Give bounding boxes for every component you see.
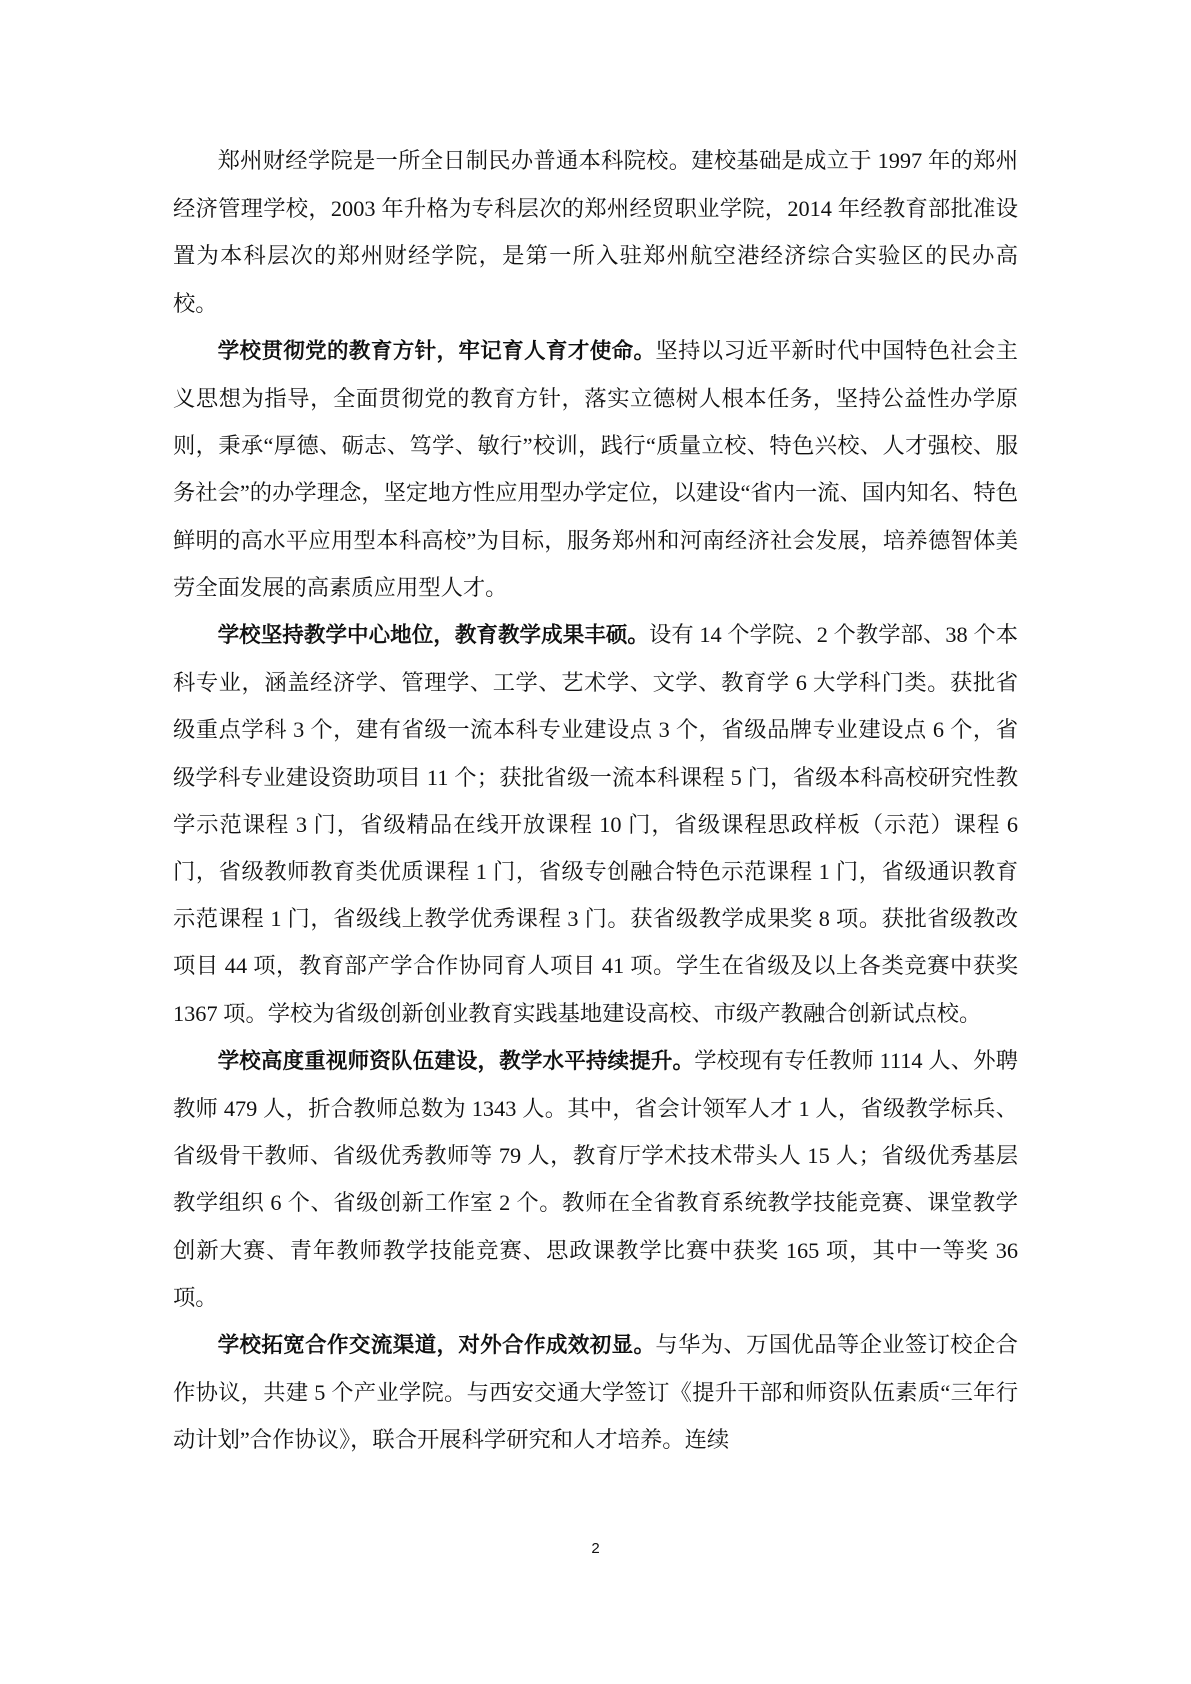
paragraph-lead: 学校坚持教学中心地位，教育教学成果丰硕。 (218, 623, 649, 648)
paragraph-lead: 学校贯彻党的教育方针，牢记育人育才使命。 (218, 339, 656, 364)
paragraph-text: 郑州财经学院是一所全日制民办普通本科院校。建校基础是成立于 1997 年的郑州经… (173, 148, 1018, 316)
paragraph-text: 学校现有专任教师 1114 人、外聘教师 479 人，折合教师总数为 1343 … (173, 1048, 1018, 1310)
paragraph-education-policy: 学校贯彻党的教育方针，牢记育人育才使命。坚持以习近平新时代中国特色社会主义思想为… (173, 327, 1018, 611)
document-body: 郑州财经学院是一所全日制民办普通本科院校。建校基础是成立于 1997 年的郑州经… (173, 137, 1018, 1464)
paragraph-cooperation: 学校拓宽合作交流渠道，对外合作成效初显。与华为、万国优品等企业签订校企合作协议，… (173, 1321, 1018, 1464)
paragraph-teaching-achievements: 学校坚持教学中心地位，教育教学成果丰硕。设有 14 个学院、2 个教学部、38 … (173, 611, 1018, 1037)
page-number: 2 (0, 1540, 1191, 1557)
paragraph-intro: 郑州财经学院是一所全日制民办普通本科院校。建校基础是成立于 1997 年的郑州经… (173, 137, 1018, 327)
paragraph-text: 设有 14 个学院、2 个教学部、38 个本科专业，涵盖经济学、管理学、工学、艺… (173, 622, 1018, 1026)
paragraph-lead: 学校拓宽合作交流渠道，对外合作成效初显。 (218, 1333, 656, 1358)
paragraph-faculty: 学校高度重视师资队伍建设，教学水平持续提升。学校现有专任教师 1114 人、外聘… (173, 1037, 1018, 1321)
paragraph-text: 坚持以习近平新时代中国特色社会主义思想为指导，全面贯彻党的教育方针，落实立德树人… (173, 338, 1018, 600)
paragraph-lead: 学校高度重视师资队伍建设，教学水平持续提升。 (218, 1049, 695, 1074)
